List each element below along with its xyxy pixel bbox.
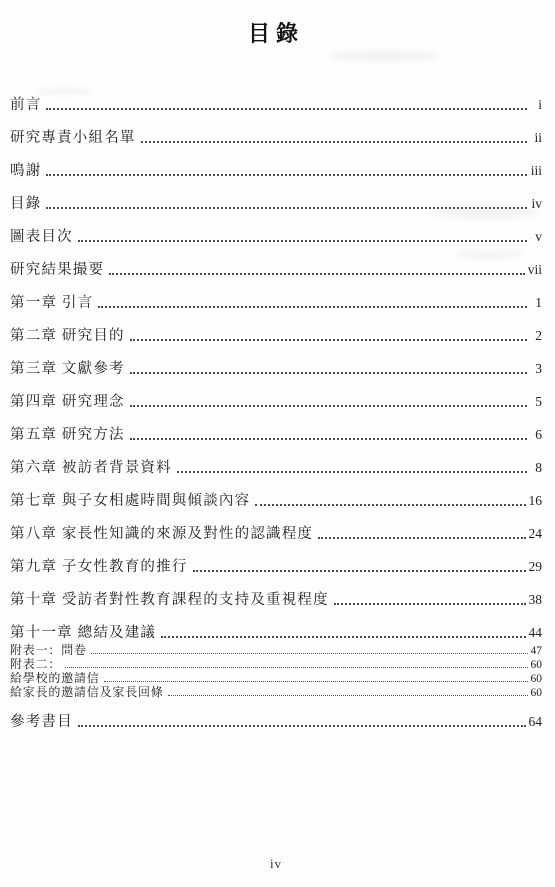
toc-entry-label: 鳴謝 <box>10 161 41 181</box>
dot-leader <box>318 537 525 539</box>
dot-leader <box>104 681 528 682</box>
toc-entry: 附表一：問卷47 <box>10 643 542 657</box>
toc-entry-page: 8 <box>530 458 542 478</box>
toc-entry-page: 6 <box>530 425 542 445</box>
toc-entry-label: 研究結果撮要 <box>10 260 104 280</box>
scan-smudge <box>35 88 95 95</box>
toc-entry-page: 64 <box>529 712 543 732</box>
toc-entry-label: 第九章 子女性教育的推行 <box>10 557 188 577</box>
toc-entry-label: 第七章 與子女相處時間與傾談內容 <box>10 491 250 511</box>
toc-entry: 第二章 研究目的2 <box>10 326 542 346</box>
toc-entry-page: 1 <box>530 293 542 313</box>
toc-entry: 第一章 引言1 <box>10 293 542 313</box>
toc-entry-label: 給家長的邀請信及家長回條 <box>10 685 164 699</box>
toc-entry-page: 29 <box>529 557 543 577</box>
toc-entry-label: 給學校的邀請信 <box>10 671 100 685</box>
toc-entry-label: 研究專責小組名單 <box>10 128 136 148</box>
toc-references-list: 參考書目64 <box>10 712 542 732</box>
toc-entry-page: ii <box>530 128 542 148</box>
toc-appendix-list: 附表一：問卷47附表二：60給學校的邀請信60給家長的邀請信及家長回條60 <box>10 643 542 699</box>
toc-entry: 附表二：60 <box>10 657 542 671</box>
toc-entry-label: 第八章 家長性知識的來源及對性的認識程度 <box>10 524 313 544</box>
toc-entry-page: 60 <box>530 672 542 686</box>
toc-entry-label: 附表二： <box>10 657 61 671</box>
toc-entry-label: 第三章 文獻參考 <box>10 359 125 379</box>
dot-leader <box>130 339 527 341</box>
toc-entry-page: 24 <box>529 524 543 544</box>
toc-entry: 第八章 家長性知識的來源及對性的認識程度24 <box>10 524 542 544</box>
toc-main-list: 前言i研究專責小組名單ii鳴謝iii目錄iv圖表目次v研究結果撮要vii第一章 … <box>10 95 542 643</box>
toc-entry-label: 第二章 研究目的 <box>10 326 125 346</box>
toc-entry: 參考書目64 <box>10 712 542 732</box>
toc-entry-page: 16 <box>529 491 543 511</box>
page-title: 目錄 <box>10 0 542 46</box>
dot-leader <box>130 372 527 374</box>
toc-entry: 第九章 子女性教育的推行29 <box>10 557 542 577</box>
toc-entry-page: 3 <box>530 359 542 379</box>
toc-entry-page: i <box>530 95 542 115</box>
toc-entry-label: 第一章 引言 <box>10 293 93 313</box>
toc-entry-page: vii <box>528 260 542 280</box>
toc-entry-label: 第四章 研究理念 <box>10 392 125 412</box>
toc-entry: 第七章 與子女相處時間與傾談內容16 <box>10 491 542 511</box>
dot-leader <box>334 603 526 605</box>
toc-entry: 給學校的邀請信60 <box>10 671 542 685</box>
dot-leader <box>141 141 527 143</box>
toc-entry-page: iii <box>530 161 542 181</box>
dot-leader <box>98 306 527 308</box>
dot-leader <box>161 636 525 638</box>
toc-entry-label: 參考書目 <box>10 712 73 732</box>
toc-entry: 第五章 研究方法6 <box>10 425 542 445</box>
dot-leader <box>46 108 527 110</box>
toc-entry-label: 前言 <box>10 95 41 115</box>
toc-entry: 前言i <box>10 95 542 115</box>
toc-entry-page: iv <box>530 194 542 214</box>
dot-leader <box>130 405 527 407</box>
toc-entry: 圖表目次v <box>10 227 542 247</box>
toc-entry: 目錄iv <box>10 194 542 214</box>
toc-entry-page: v <box>530 227 542 247</box>
toc-entry-label: 第十一章 總結及建議 <box>10 623 156 643</box>
dot-leader <box>255 504 525 506</box>
toc-entry: 第六章 被訪者背景資料8 <box>10 458 542 478</box>
toc-entry: 給家長的邀請信及家長回條60 <box>10 685 542 699</box>
toc-entry: 第三章 文獻參考3 <box>10 359 542 379</box>
dot-leader <box>177 471 527 473</box>
footer-page-number: iv <box>10 856 542 872</box>
toc-entry-label: 第六章 被訪者背景資料 <box>10 458 172 478</box>
dot-leader <box>65 667 528 668</box>
dot-leader <box>78 725 526 727</box>
toc-entry-page: 38 <box>529 590 543 610</box>
dot-leader <box>193 570 526 572</box>
dot-leader <box>46 207 527 209</box>
toc-entry: 鳴謝iii <box>10 161 542 181</box>
toc-entry-page: 47 <box>530 644 542 658</box>
dot-leader <box>109 273 525 275</box>
scanned-document-page: 目錄 前言i研究專責小組名單ii鳴謝iii目錄iv圖表目次v研究結果撮要vii第… <box>0 0 555 887</box>
toc-entry: 研究結果撮要vii <box>10 260 542 280</box>
toc-entry: 第十章 受訪者對性教育課程的支持及重視程度38 <box>10 590 542 610</box>
toc-entry: 第十一章 總結及建議44 <box>10 623 542 643</box>
dot-leader <box>130 438 527 440</box>
toc-entry: 第四章 研究理念5 <box>10 392 542 412</box>
toc-entry: 研究專責小組名單ii <box>10 128 542 148</box>
scan-smudge <box>330 50 440 62</box>
toc-entry-label: 目錄 <box>10 194 41 214</box>
toc-entry-page: 5 <box>530 392 542 412</box>
toc-entry-page: 44 <box>529 623 543 643</box>
toc-entry-label: 第十章 受訪者對性教育課程的支持及重視程度 <box>10 590 329 610</box>
dot-leader <box>46 174 527 176</box>
dot-leader <box>91 653 528 654</box>
toc-entry-label: 第五章 研究方法 <box>10 425 125 445</box>
toc-entry-page: 2 <box>530 326 542 346</box>
dot-leader <box>168 695 528 696</box>
toc-entry-page: 60 <box>530 658 542 672</box>
toc-entry-label: 圖表目次 <box>10 227 73 247</box>
dot-leader <box>78 240 527 242</box>
toc-entry-page: 60 <box>530 686 542 700</box>
toc-entry-label: 附表一：問卷 <box>10 643 87 657</box>
